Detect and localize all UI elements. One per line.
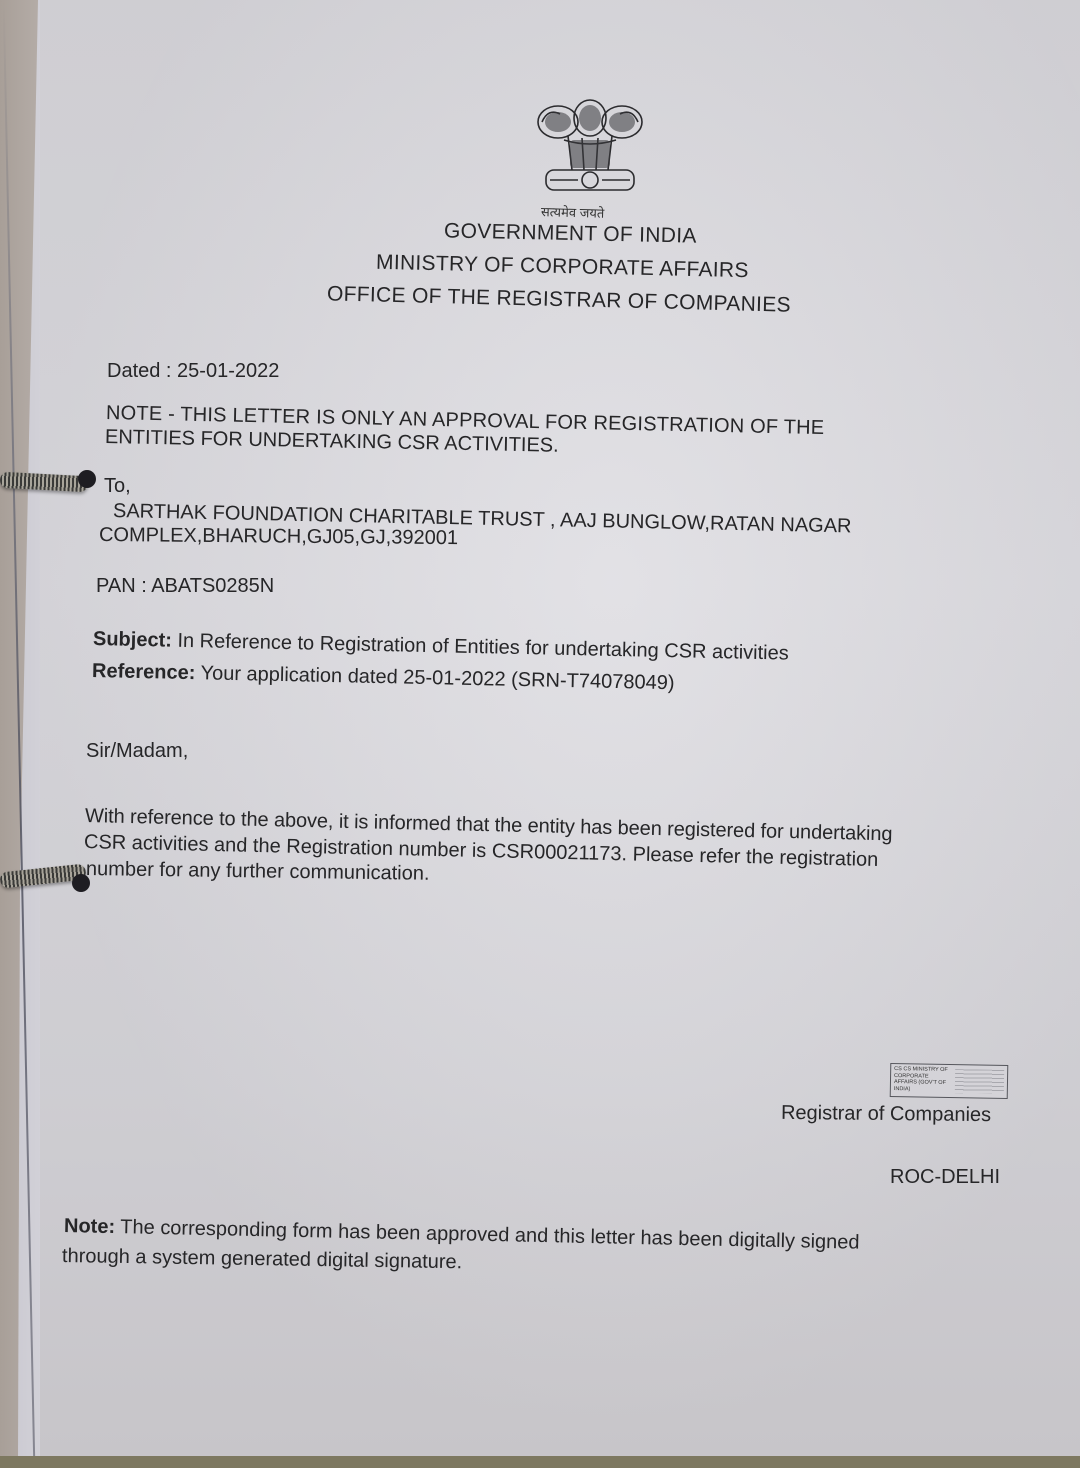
pan-number: PAN : ABATS0285N <box>96 575 274 598</box>
table-surface <box>0 1456 1080 1468</box>
emblem-motto: सत्यमेव जयते <box>541 202 605 222</box>
to-label: To, <box>104 475 131 498</box>
footer-note-label: Note: <box>64 1215 116 1238</box>
signature-stamp-text: CS CS MINISTRY OF CORPORATE AFFAIRS (GOV… <box>891 1064 953 1097</box>
body-line3: number for any further communication. <box>86 858 430 886</box>
binding-ring-top-end <box>78 470 96 488</box>
reference-label: Reference: <box>92 660 196 684</box>
signatory: Registrar of Companies <box>781 1102 991 1127</box>
digital-signature-stamp: CS CS MINISTRY OF CORPORATE AFFAIRS (GOV… <box>890 1063 1009 1099</box>
signatory-office: ROC-DELHI <box>890 1166 1000 1189</box>
salutation: Sir/Madam, <box>86 740 188 763</box>
letter-date: Dated : 25-01-2022 <box>107 360 279 383</box>
state-emblem-icon <box>528 92 652 202</box>
recipient-address-line2: COMPLEX,BHARUCH,GJ05,GJ,392001 <box>99 524 458 550</box>
subject-label: Subject: <box>93 628 172 652</box>
